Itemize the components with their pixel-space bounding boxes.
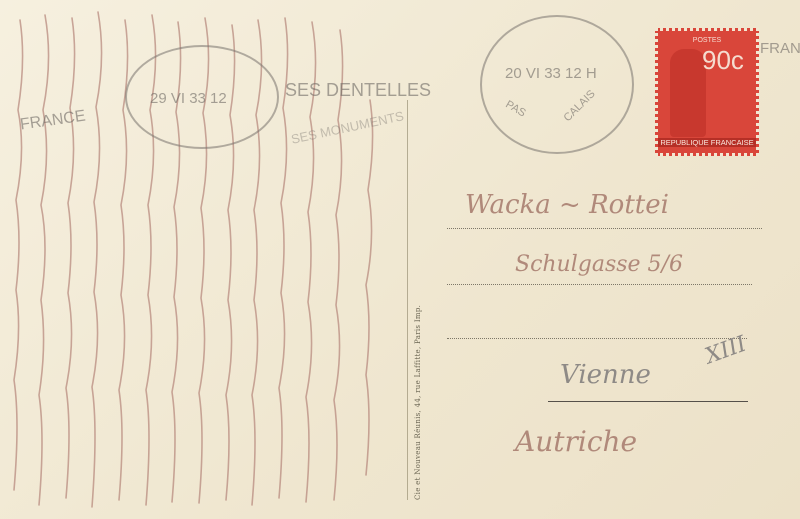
postcard-back: FRANCE 29 VI 33 12 SES DENTELLES SES MON…: [0, 0, 800, 519]
postmark-date: 29 VI 33 12: [150, 90, 227, 107]
stamp-header: POSTES: [658, 37, 756, 44]
address-street: Schulgasse 5/6: [515, 252, 683, 277]
stamp-country: REPUBLIQUE FRANCAISE: [658, 138, 756, 147]
postmark-slogan: SES DENTELLES: [285, 80, 431, 101]
address-city: Vienne: [560, 360, 651, 390]
address-line-1-rule: [447, 228, 762, 230]
right-partial-cancel: FRANC: [760, 40, 800, 57]
publisher-imprint: Cie et Nouveau Réunis, 44, rue Laffitte,…: [414, 305, 422, 500]
address-line-4-rule: [548, 401, 748, 403]
address-country: Autriche: [515, 425, 637, 458]
address-line-2-rule: [447, 284, 752, 286]
stamp-value: 90c: [702, 45, 744, 76]
circular-postmark: [480, 15, 634, 154]
address-line-3-rule: [447, 338, 747, 340]
address-name: Wacka ~ Rottei: [465, 190, 669, 220]
card-divider: [407, 100, 408, 500]
circular-postmark-date: 20 VI 33 12 H: [505, 65, 597, 82]
postage-stamp: POSTES 90c REPUBLIQUE FRANCAISE: [655, 28, 759, 156]
stamp-peace-figure: [670, 49, 706, 137]
